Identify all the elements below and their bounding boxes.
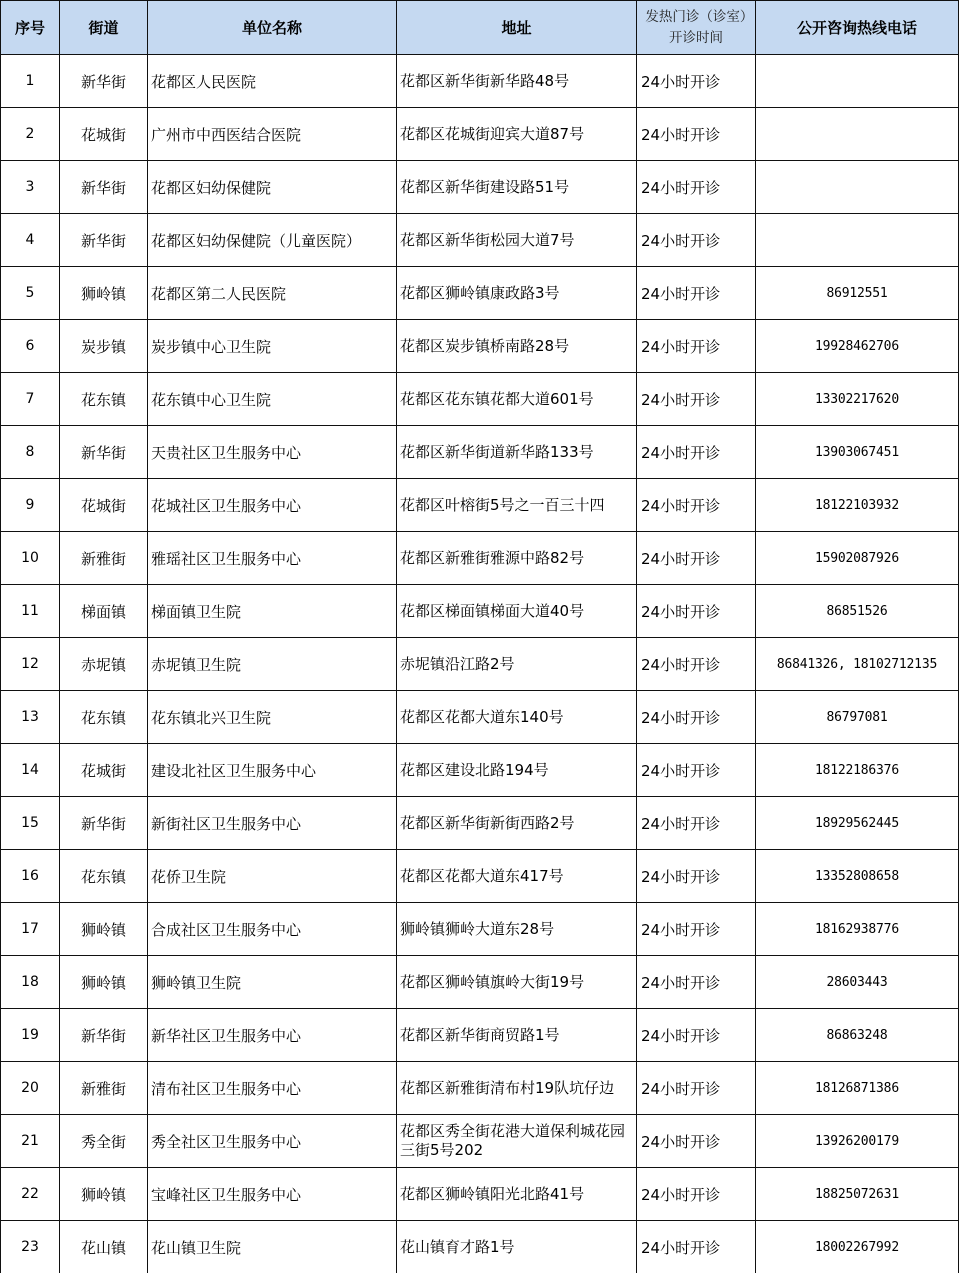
table-row: 20新雅街清布社区卫生服务中心花都区新雅街清布村19队坑仔边24小时开诊1812… [1, 1062, 959, 1115]
cell-address: 花都区花东镇花都大道601号 [397, 373, 637, 426]
header-hours: 发热门诊（诊室）开诊时间 [637, 1, 756, 55]
cell-no: 18 [1, 956, 60, 1009]
cell-phone: 18162938776 [756, 903, 959, 956]
cell-hours: 24小时开诊 [637, 1115, 756, 1168]
cell-hours: 24小时开诊 [637, 532, 756, 585]
header-street: 街道 [60, 1, 148, 55]
cell-hours: 24小时开诊 [637, 479, 756, 532]
cell-hours: 24小时开诊 [637, 373, 756, 426]
table-row: 15新华街新街社区卫生服务中心花都区新华街新街西路2号24小时开诊1892956… [1, 797, 959, 850]
cell-address: 花都区梯面镇梯面大道40号 [397, 585, 637, 638]
cell-street: 梯面镇 [60, 585, 148, 638]
table-row: 16花东镇花侨卫生院花都区花都大道东417号24小时开诊13352808658 [1, 850, 959, 903]
cell-name: 花都区妇幼保健院 [148, 161, 397, 214]
header-phone: 公开咨询热线电话 [756, 1, 959, 55]
cell-phone: 18002267992 [756, 1221, 959, 1273]
cell-hours: 24小时开诊 [637, 1168, 756, 1221]
header-no: 序号 [1, 1, 60, 55]
cell-name: 花城社区卫生服务中心 [148, 479, 397, 532]
cell-no: 8 [1, 426, 60, 479]
cell-phone: 86797081 [756, 691, 959, 744]
cell-hours: 24小时开诊 [637, 1009, 756, 1062]
cell-name: 广州市中西医结合医院 [148, 108, 397, 161]
cell-phone [756, 108, 959, 161]
cell-no: 12 [1, 638, 60, 691]
cell-name: 花侨卫生院 [148, 850, 397, 903]
cell-name: 新华社区卫生服务中心 [148, 1009, 397, 1062]
cell-name: 花都区妇幼保健院（儿童医院） [148, 214, 397, 267]
cell-street: 赤坭镇 [60, 638, 148, 691]
cell-street: 炭步镇 [60, 320, 148, 373]
cell-no: 2 [1, 108, 60, 161]
cell-address: 花都区花城街迎宾大道87号 [397, 108, 637, 161]
cell-street: 花东镇 [60, 691, 148, 744]
cell-address: 花都区新华街新华路48号 [397, 55, 637, 108]
table-row: 1新华街花都区人民医院花都区新华街新华路48号24小时开诊 [1, 55, 959, 108]
cell-street: 花东镇 [60, 850, 148, 903]
cell-phone: 15902087926 [756, 532, 959, 585]
table-row: 9花城街花城社区卫生服务中心花都区叶榕街5号之一百三十四24小时开诊181221… [1, 479, 959, 532]
cell-name: 花都区第二人民医院 [148, 267, 397, 320]
cell-street: 秀全街 [60, 1115, 148, 1168]
cell-hours: 24小时开诊 [637, 638, 756, 691]
table-row: 22狮岭镇宝峰社区卫生服务中心花都区狮岭镇阳光北路41号24小时开诊188250… [1, 1168, 959, 1221]
cell-street: 新华街 [60, 426, 148, 479]
table-row: 8新华街天贵社区卫生服务中心花都区新华街道新华路133号24小时开诊139030… [1, 426, 959, 479]
cell-name: 花都区人民医院 [148, 55, 397, 108]
table-row: 4新华街花都区妇幼保健院（儿童医院）花都区新华街松园大道7号24小时开诊 [1, 214, 959, 267]
cell-name: 赤坭镇卫生院 [148, 638, 397, 691]
cell-phone: 13903067451 [756, 426, 959, 479]
cell-hours: 24小时开诊 [637, 850, 756, 903]
cell-address: 花山镇育才路1号 [397, 1221, 637, 1273]
header-row: 序号 街道 单位名称 地址 发热门诊（诊室）开诊时间 公开咨询热线电话 [1, 1, 959, 55]
cell-name: 宝峰社区卫生服务中心 [148, 1168, 397, 1221]
cell-street: 新雅街 [60, 532, 148, 585]
cell-address: 花都区新雅街清布村19队坑仔边 [397, 1062, 637, 1115]
cell-address: 花都区新雅街雅源中路82号 [397, 532, 637, 585]
cell-name: 花东镇北兴卫生院 [148, 691, 397, 744]
cell-name: 炭步镇中心卫生院 [148, 320, 397, 373]
cell-no: 4 [1, 214, 60, 267]
cell-no: 6 [1, 320, 60, 373]
cell-street: 新华街 [60, 797, 148, 850]
cell-address: 花都区狮岭镇康政路3号 [397, 267, 637, 320]
cell-hours: 24小时开诊 [637, 744, 756, 797]
cell-hours: 24小时开诊 [637, 797, 756, 850]
cell-phone: 86863248 [756, 1009, 959, 1062]
table-row: 3新华街花都区妇幼保健院花都区新华街建设路51号24小时开诊 [1, 161, 959, 214]
cell-phone: 19928462706 [756, 320, 959, 373]
spreadsheet-background: 序号 街道 单位名称 地址 发热门诊（诊室）开诊时间 公开咨询热线电话 1新华街… [0, 0, 959, 1273]
cell-address: 花都区花都大道东417号 [397, 850, 637, 903]
cell-name: 梯面镇卫生院 [148, 585, 397, 638]
table-row: 14花城街建设北社区卫生服务中心花都区建设北路194号24小时开诊1812218… [1, 744, 959, 797]
cell-no: 19 [1, 1009, 60, 1062]
cell-no: 16 [1, 850, 60, 903]
cell-hours: 24小时开诊 [637, 214, 756, 267]
table-row: 13花东镇花东镇北兴卫生院花都区花都大道东140号24小时开诊86797081 [1, 691, 959, 744]
cell-no: 17 [1, 903, 60, 956]
cell-hours: 24小时开诊 [637, 691, 756, 744]
cell-hours: 24小时开诊 [637, 426, 756, 479]
cell-street: 新华街 [60, 1009, 148, 1062]
cell-address: 花都区新华街建设路51号 [397, 161, 637, 214]
cell-street: 狮岭镇 [60, 1168, 148, 1221]
cell-street: 新雅街 [60, 1062, 148, 1115]
cell-address: 花都区炭步镇桥南路28号 [397, 320, 637, 373]
cell-no: 22 [1, 1168, 60, 1221]
table-row: 17狮岭镇合成社区卫生服务中心狮岭镇狮岭大道东28号24小时开诊18162938… [1, 903, 959, 956]
cell-street: 花东镇 [60, 373, 148, 426]
table-row: 11梯面镇梯面镇卫生院花都区梯面镇梯面大道40号24小时开诊86851526 [1, 585, 959, 638]
cell-address: 赤坭镇沿江路2号 [397, 638, 637, 691]
cell-phone: 28603443 [756, 956, 959, 1009]
cell-street: 新华街 [60, 214, 148, 267]
cell-name: 清布社区卫生服务中心 [148, 1062, 397, 1115]
cell-hours: 24小时开诊 [637, 108, 756, 161]
cell-street: 花城街 [60, 108, 148, 161]
table-row: 6炭步镇炭步镇中心卫生院花都区炭步镇桥南路28号24小时开诊1992846270… [1, 320, 959, 373]
cell-name: 花东镇中心卫生院 [148, 373, 397, 426]
table-header: 序号 街道 单位名称 地址 发热门诊（诊室）开诊时间 公开咨询热线电话 [1, 1, 959, 55]
table-row: 19新华街新华社区卫生服务中心花都区新华街商贸路1号24小时开诊86863248 [1, 1009, 959, 1062]
cell-hours: 24小时开诊 [637, 903, 756, 956]
cell-street: 花城街 [60, 744, 148, 797]
cell-hours: 24小时开诊 [637, 956, 756, 1009]
cell-phone: 18122186376 [756, 744, 959, 797]
cell-name: 合成社区卫生服务中心 [148, 903, 397, 956]
cell-hours: 24小时开诊 [637, 1062, 756, 1115]
cell-address: 花都区狮岭镇阳光北路41号 [397, 1168, 637, 1221]
cell-address: 狮岭镇狮岭大道东28号 [397, 903, 637, 956]
cell-hours: 24小时开诊 [637, 585, 756, 638]
cell-address: 花都区建设北路194号 [397, 744, 637, 797]
cell-hours: 24小时开诊 [637, 267, 756, 320]
cell-address: 花都区新华街松园大道7号 [397, 214, 637, 267]
cell-street: 花城街 [60, 479, 148, 532]
cell-address: 花都区狮岭镇旗岭大街19号 [397, 956, 637, 1009]
table-row: 5狮岭镇花都区第二人民医院花都区狮岭镇康政路3号24小时开诊86912551 [1, 267, 959, 320]
cell-address: 花都区秀全街花港大道保利城花园三街5号202 [397, 1115, 637, 1168]
table-row: 21秀全街秀全社区卫生服务中心花都区秀全街花港大道保利城花园三街5号20224小… [1, 1115, 959, 1168]
table-body: 1新华街花都区人民医院花都区新华街新华路48号24小时开诊2花城街广州市中西医结… [1, 55, 959, 1273]
cell-no: 9 [1, 479, 60, 532]
cell-no: 23 [1, 1221, 60, 1273]
cell-street: 花山镇 [60, 1221, 148, 1273]
cell-hours: 24小时开诊 [637, 161, 756, 214]
table-row: 12赤坭镇赤坭镇卫生院赤坭镇沿江路2号24小时开诊86841326, 18102… [1, 638, 959, 691]
cell-no: 5 [1, 267, 60, 320]
cell-street: 新华街 [60, 161, 148, 214]
cell-no: 7 [1, 373, 60, 426]
table-row: 23花山镇花山镇卫生院花山镇育才路1号24小时开诊18002267992 [1, 1221, 959, 1273]
cell-no: 11 [1, 585, 60, 638]
cell-phone: 13302217620 [756, 373, 959, 426]
cell-no: 13 [1, 691, 60, 744]
cell-phone: 86841326, 18102712135 [756, 638, 959, 691]
table-row: 2花城街广州市中西医结合医院花都区花城街迎宾大道87号24小时开诊 [1, 108, 959, 161]
table-row: 7花东镇花东镇中心卫生院花都区花东镇花都大道601号24小时开诊13302217… [1, 373, 959, 426]
cell-address: 花都区新华街道新华路133号 [397, 426, 637, 479]
cell-phone: 18122103932 [756, 479, 959, 532]
cell-phone: 18825072631 [756, 1168, 959, 1221]
cell-address: 花都区新华街新街西路2号 [397, 797, 637, 850]
cell-no: 10 [1, 532, 60, 585]
cell-phone: 13926200179 [756, 1115, 959, 1168]
cell-street: 狮岭镇 [60, 956, 148, 1009]
cell-name: 秀全社区卫生服务中心 [148, 1115, 397, 1168]
cell-address: 花都区花都大道东140号 [397, 691, 637, 744]
cell-name: 天贵社区卫生服务中心 [148, 426, 397, 479]
header-name: 单位名称 [148, 1, 397, 55]
cell-no: 3 [1, 161, 60, 214]
cell-phone: 18126871386 [756, 1062, 959, 1115]
cell-phone [756, 161, 959, 214]
cell-no: 15 [1, 797, 60, 850]
cell-phone [756, 55, 959, 108]
cell-hours: 24小时开诊 [637, 1221, 756, 1273]
cell-hours: 24小时开诊 [637, 320, 756, 373]
cell-address: 花都区叶榕街5号之一百三十四 [397, 479, 637, 532]
cell-name: 花山镇卫生院 [148, 1221, 397, 1273]
cell-phone: 86912551 [756, 267, 959, 320]
cell-no: 14 [1, 744, 60, 797]
cell-street: 狮岭镇 [60, 267, 148, 320]
cell-hours: 24小时开诊 [637, 55, 756, 108]
header-address: 地址 [397, 1, 637, 55]
fever-clinic-table: 序号 街道 单位名称 地址 发热门诊（诊室）开诊时间 公开咨询热线电话 1新华街… [0, 0, 959, 1273]
cell-street: 新华街 [60, 55, 148, 108]
cell-name: 新街社区卫生服务中心 [148, 797, 397, 850]
cell-name: 建设北社区卫生服务中心 [148, 744, 397, 797]
cell-no: 21 [1, 1115, 60, 1168]
cell-phone: 13352808658 [756, 850, 959, 903]
cell-address: 花都区新华街商贸路1号 [397, 1009, 637, 1062]
cell-name: 狮岭镇卫生院 [148, 956, 397, 1009]
cell-name: 雅瑶社区卫生服务中心 [148, 532, 397, 585]
cell-phone: 18929562445 [756, 797, 959, 850]
cell-street: 狮岭镇 [60, 903, 148, 956]
cell-no: 1 [1, 55, 60, 108]
cell-phone: 86851526 [756, 585, 959, 638]
table-row: 18狮岭镇狮岭镇卫生院花都区狮岭镇旗岭大街19号24小时开诊28603443 [1, 956, 959, 1009]
table-row: 10新雅街雅瑶社区卫生服务中心花都区新雅街雅源中路82号24小时开诊159020… [1, 532, 959, 585]
cell-no: 20 [1, 1062, 60, 1115]
cell-phone [756, 214, 959, 267]
